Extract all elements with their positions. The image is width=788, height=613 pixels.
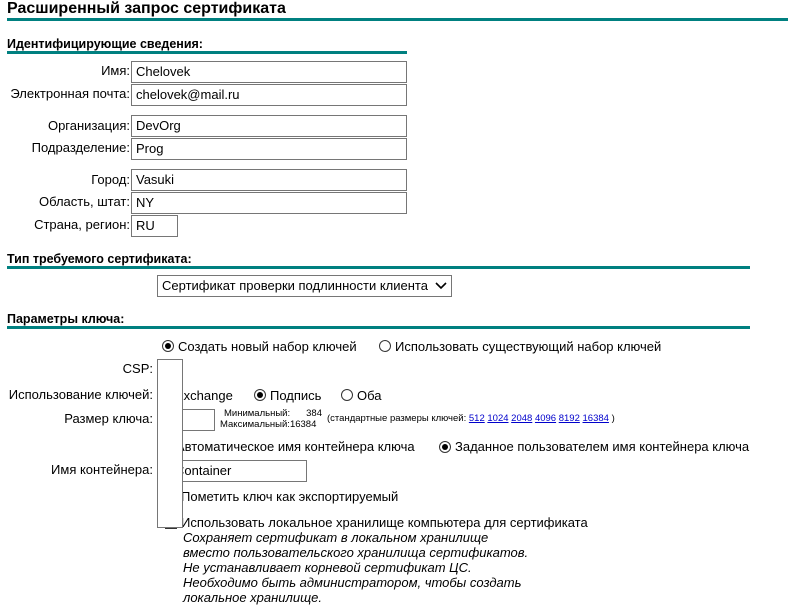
key-size-max-label: Максимальный: (220, 419, 290, 430)
key-size-link-8192[interactable]: 8192 (559, 413, 580, 424)
local-store-note-5: локальное хранилище. (183, 590, 322, 605)
city-label: Город: (0, 171, 130, 189)
local-store-label: Использовать локальное хранилище компьют… (181, 514, 588, 531)
country-field[interactable]: RU (131, 215, 178, 237)
standard-key-sizes: (стандартные размеры ключей: 512 1024 20… (327, 413, 615, 424)
identity-section-title: Идентифицирующие сведения: (7, 37, 203, 52)
csp-label: CSP: (0, 360, 153, 378)
container-name-field[interactable]: Container (170, 460, 307, 482)
key-size-min-value: 384 (306, 408, 322, 419)
key-size-link-512[interactable]: 512 (469, 413, 485, 424)
key-params-section-title: Параметры ключа: (7, 312, 124, 327)
state-field[interactable]: NY (131, 192, 407, 214)
department-label: Подразделение: (0, 139, 130, 157)
key-size-max-value: 16384 (290, 419, 316, 430)
key-size-max: Максимальный:16384 (220, 419, 316, 430)
organization-label: Организация: (0, 117, 130, 135)
chevron-down-icon (435, 276, 447, 303)
use-existing-keyset-label: Использовать существующий набор ключей (395, 338, 661, 355)
cert-type-selected: Сертификат проверки подлинности клиента (162, 278, 428, 293)
identity-rule (7, 51, 407, 54)
user-container-name-label: Заданное пользователем имя контейнера кл… (455, 438, 749, 455)
auto-container-name-label: Автоматическое имя контейнера ключа (176, 438, 415, 455)
name-label: Имя: (0, 62, 130, 80)
key-usage-signature-radio[interactable] (254, 389, 266, 401)
key-usage-label: Использование ключей: (0, 386, 153, 404)
create-new-keyset-label: Создать новый набор ключей (178, 338, 357, 355)
key-params-rule (7, 326, 750, 329)
organization-field[interactable]: DevOrg (131, 115, 407, 137)
email-field[interactable]: chelovek@mail.ru (131, 84, 407, 106)
name-field[interactable]: Chelovek (131, 61, 407, 83)
user-container-name-radio[interactable] (439, 441, 451, 453)
key-size-label: Размер ключа: (0, 410, 153, 428)
local-store-note-2: вместо пользовательского хранилища серти… (183, 545, 528, 560)
standard-sizes-suffix: ) (612, 413, 615, 424)
key-size-link-2048[interactable]: 2048 (511, 413, 532, 424)
local-store-note-1: Сохраняет сертификат в локальном хранили… (183, 530, 488, 545)
csp-listbox[interactable] (157, 359, 183, 528)
key-usage-signature-label: Подпись (270, 387, 321, 404)
exportable-label: Пометить ключ как экспортируемый (181, 488, 398, 505)
state-label: Область, штат: (0, 193, 130, 211)
email-label: Электронная почта: (0, 85, 130, 103)
country-label: Страна, регион: (0, 216, 130, 234)
container-name-label: Имя контейнера: (0, 461, 153, 479)
page-title: Расширенный запрос сертификата (7, 0, 286, 18)
cert-type-rule (7, 266, 750, 269)
key-usage-both-label: Оба (357, 387, 382, 404)
create-new-keyset-radio[interactable] (162, 340, 174, 352)
city-field[interactable]: Vasuki (131, 169, 407, 191)
department-field[interactable]: Prog (131, 138, 407, 160)
use-existing-keyset-radio[interactable] (379, 340, 391, 352)
key-usage-both-radio[interactable] (341, 389, 353, 401)
title-rule (7, 18, 788, 21)
key-size-link-1024[interactable]: 1024 (487, 413, 508, 424)
local-store-note-4: Необходимо быть администратором, чтобы с… (183, 575, 521, 590)
key-size-link-16384[interactable]: 16384 (583, 413, 609, 424)
key-size-min: Минимальный: 384 (224, 408, 322, 419)
key-usage-exchange-label: Exchange (175, 387, 233, 404)
cert-type-section-title: Тип требуемого сертификата: (7, 252, 192, 267)
key-size-link-4096[interactable]: 4096 (535, 413, 556, 424)
cert-type-select[interactable]: Сертификат проверки подлинности клиента (157, 275, 452, 297)
standard-sizes-prefix: (стандартные размеры ключей: (327, 413, 466, 424)
local-store-note-3: Не устанавливает корневой сертификат ЦС. (183, 560, 472, 575)
key-size-min-label: Минимальный: (224, 408, 290, 419)
